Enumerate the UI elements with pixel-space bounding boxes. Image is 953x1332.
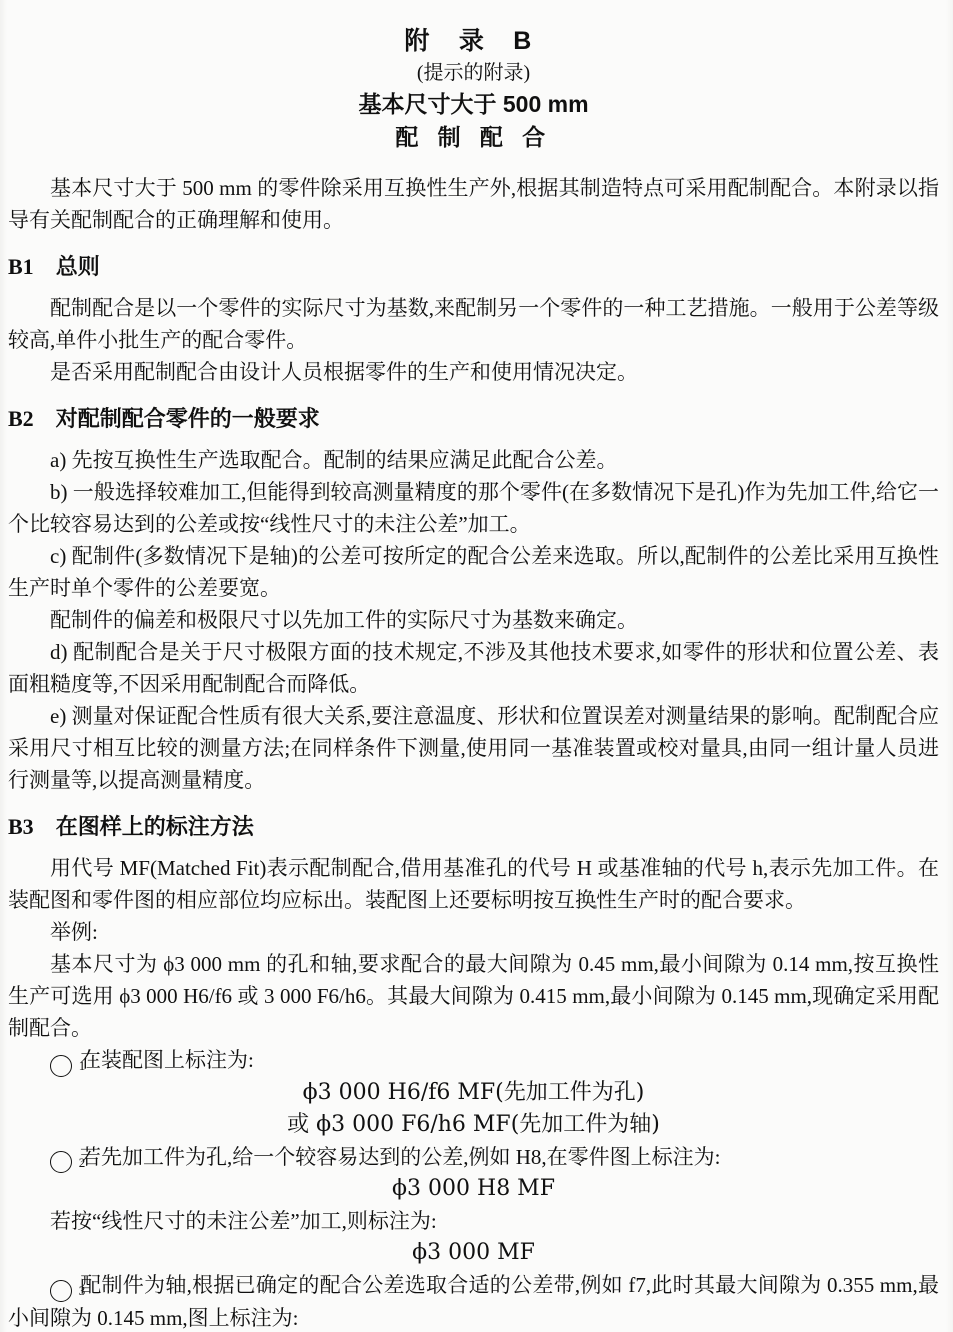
b3-step-1-text: 在装配图上标注为: — [80, 1048, 254, 1072]
section-b1-heading: B1总则 — [8, 252, 939, 282]
section-b3-number: B3 — [8, 814, 34, 839]
document-title-line2: 配 制 配 合 — [8, 120, 939, 154]
b2-item-c-note: 配制件的偏差和极限尺寸以先加工件的实际尺寸为基数来确定。 — [8, 604, 939, 636]
b3-example-label: 举例: — [8, 916, 939, 948]
b2-item-e: e) 测量对保证配合性质有很大关系,要注意温度、形状和位置误差对测量结果的影响。… — [8, 700, 939, 796]
formula-assembly-shaft: 或 ϕ3 000 F6/h6 MF(先加工件为轴) — [8, 1109, 939, 1141]
section-b2-title: 对配制配合零件的一般要求 — [56, 406, 320, 431]
b3-step-1: 1在装配图上标注为: — [8, 1044, 939, 1077]
b3-step-3: 3配制件为轴,根据已确定的配合公差选取合适的公差带,例如 f7,此时其最大间隙为… — [8, 1269, 939, 1332]
b3-step-2-text: 若先加工件为孔,给一个较容易达到的公差,例如 H8,在零件图上标注为: — [80, 1145, 721, 1169]
document-title-block: 附 录 B (提示的附录) 基本尺寸大于 500 mm 配 制 配 合 — [8, 24, 939, 154]
b1-paragraph-1: 配制配合是以一个零件的实际尺寸为基数,来配制另一个零件的一种工艺措施。一般用于公… — [8, 292, 939, 356]
section-b1-title: 总则 — [56, 254, 100, 279]
appendix-title: 附 录 B — [8, 24, 939, 58]
circled-number-1-icon: 1 — [50, 1055, 72, 1077]
scan-speck — [593, 905, 597, 909]
b2-item-a: a) 先按互换性生产选取配合。配制的结果应满足此配合公差。 — [8, 444, 939, 476]
b3-example-paragraph: 基本尺寸为 ϕ3 000 mm 的孔和轴,要求配合的最大间隙为 0.45 mm,… — [8, 948, 939, 1044]
circled-number-3-icon: 3 — [50, 1280, 72, 1302]
b3-untoleranced-note: 若按“线性尺寸的未注公差”加工,则标注为: — [8, 1205, 939, 1237]
formula-part-h8: ϕ3 000 H8 MF — [8, 1173, 939, 1205]
b3-paragraph-1: 用代号 MF(Matched Fit)表示配制配合,借用基准孔的代号 H 或基准… — [8, 852, 939, 916]
section-b1-number: B1 — [8, 254, 34, 279]
b2-item-c: c) 配制件(多数情况下是轴)的公差可按所定的配合公差来选取。所以,配制件的公差… — [8, 540, 939, 604]
scanned-document-page: 附 录 B (提示的附录) 基本尺寸大于 500 mm 配 制 配 合 基本尺寸… — [0, 0, 953, 1332]
b3-step-3-text: 配制件为轴,根据已确定的配合公差选取合适的公差带,例如 f7,此时其最大间隙为 … — [8, 1273, 939, 1330]
document-title-line1: 基本尺寸大于 500 mm — [8, 88, 939, 120]
section-b3-title: 在图样上的标注方法 — [56, 814, 254, 839]
formula-assembly-hole: ϕ3 000 H6/f6 MF(先加工件为孔) — [8, 1077, 939, 1109]
section-b2-heading: B2对配制配合零件的一般要求 — [8, 404, 939, 434]
scan-speck — [128, 467, 131, 470]
b2-item-b: b) 一般选择较难加工,但能得到较高测量精度的那个零件(在多数情况下是孔)作为先… — [8, 476, 939, 540]
appendix-subtitle: (提示的附录) — [8, 58, 939, 88]
b1-paragraph-2: 是否采用配制配合由设计人员根据零件的生产和使用情况决定。 — [8, 356, 939, 388]
scan-speck — [864, 704, 867, 707]
b2-item-d: d) 配制配合是关于尺寸极限方面的技术规定,不涉及其他技术要求,如零件的形状和位… — [8, 636, 939, 700]
formula-part-mf: ϕ3 000 MF — [8, 1237, 939, 1269]
section-b2-number: B2 — [8, 406, 34, 431]
circled-number-2-icon: 2 — [50, 1151, 72, 1173]
section-b3-heading: B3在图样上的标注方法 — [8, 812, 939, 842]
b3-step-2: 2若先加工件为孔,给一个较容易达到的公差,例如 H8,在零件图上标注为: — [8, 1141, 939, 1174]
intro-paragraph: 基本尺寸大于 500 mm 的零件除采用互换性生产外,根据其制造特点可采用配制配… — [8, 172, 939, 236]
